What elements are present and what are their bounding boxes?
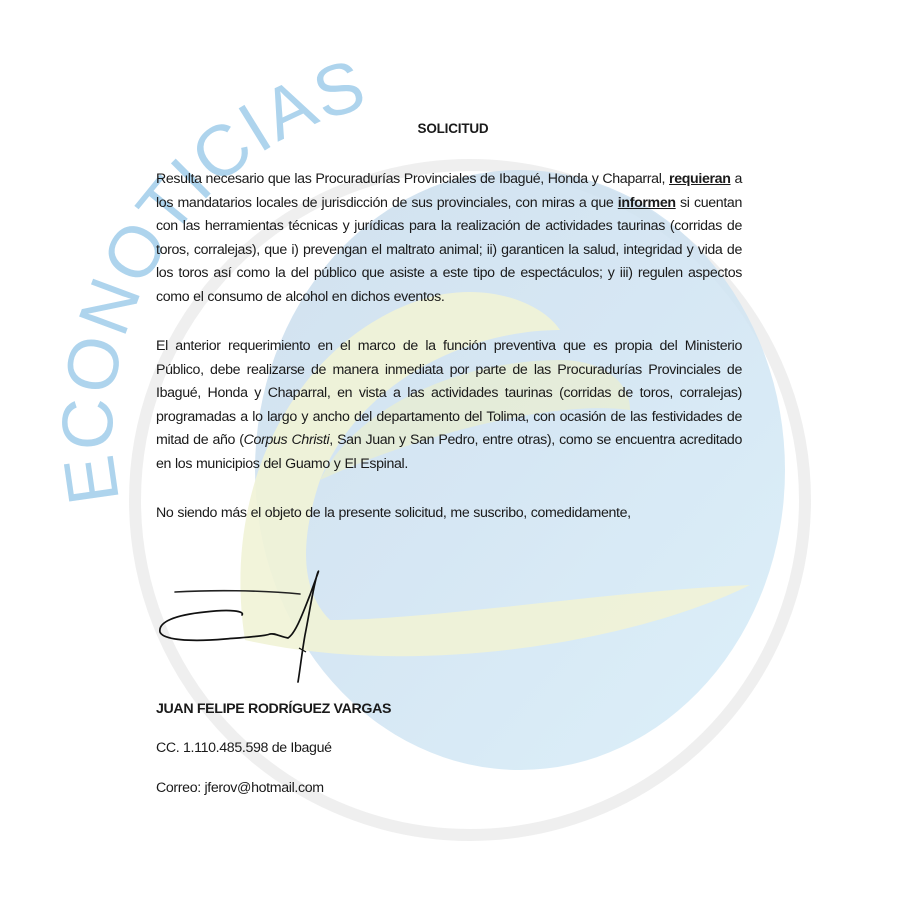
signature-image [150, 560, 350, 690]
paragraph-request: Resulta necesario que las Procuradurías … [156, 168, 742, 310]
document-title: SOLICITUD [0, 121, 906, 136]
signatory-id: CC. 1.110.485.598 de Ibagué [156, 740, 332, 756]
emphasis-requieran: requieran [669, 171, 731, 187]
emphasis-informen: informen [618, 195, 676, 211]
document-page: SOLICITUD Resulta necesario que las Proc… [0, 0, 906, 906]
paragraph-text: si cuentan con las herramientas técnicas… [156, 195, 742, 305]
signatory-name: JUAN FELIPE RODRÍGUEZ VARGAS [156, 701, 391, 717]
paragraph-closing: No siendo más el objeto de la presente s… [156, 502, 742, 526]
emphasis-corpus-christi: Corpus Christi [244, 432, 330, 448]
paragraph-text: Resulta necesario que las Procuradurías … [156, 171, 669, 187]
paragraph-justification: El anterior requerimiento en el marco de… [156, 335, 742, 477]
signatory-email: Correo: jferov@hotmail.com [156, 780, 324, 796]
